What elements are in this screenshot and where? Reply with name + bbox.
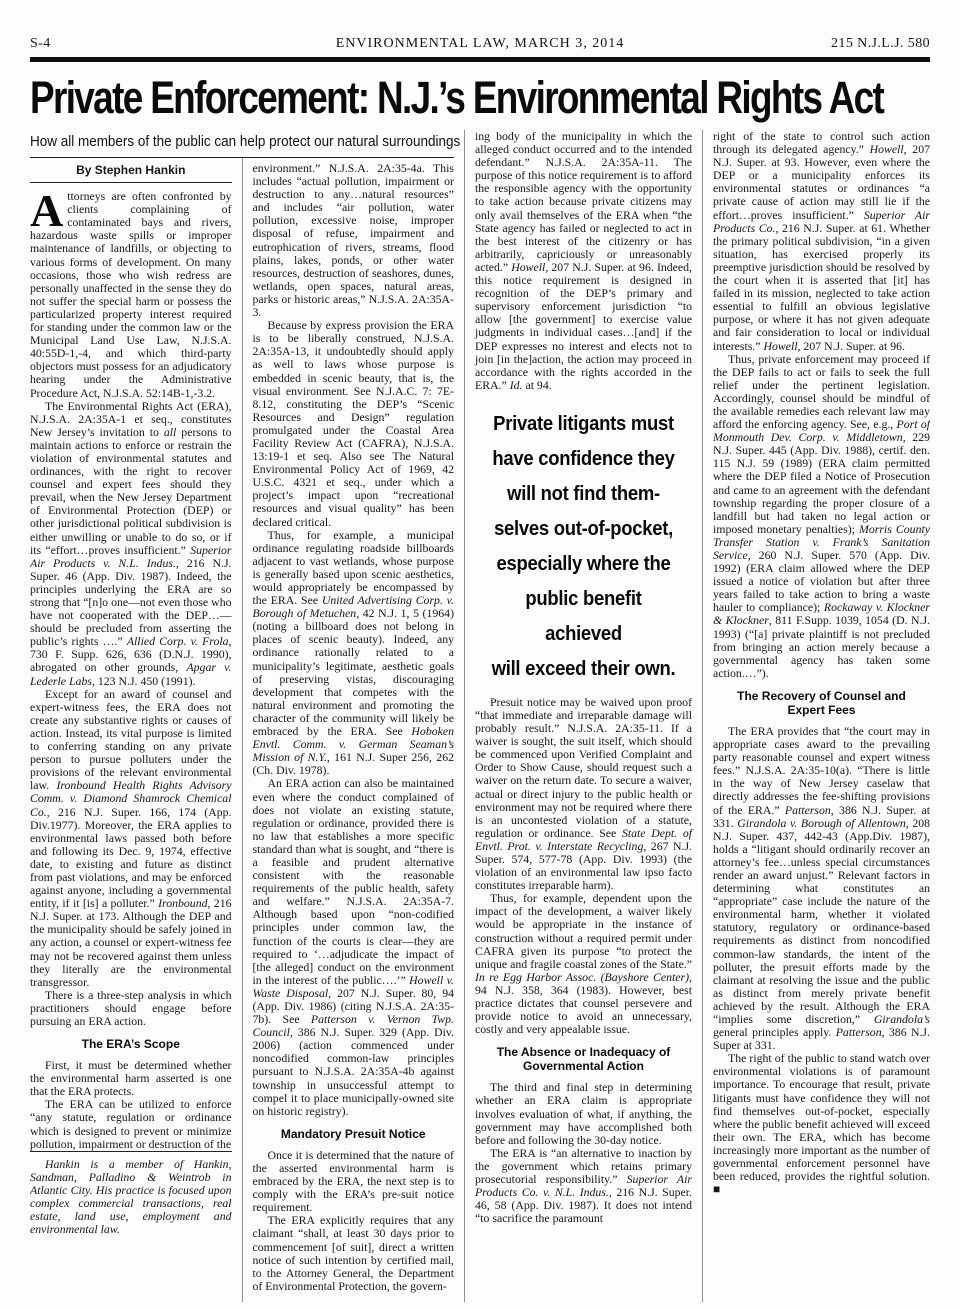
- drop-cap: A: [30, 190, 67, 229]
- masthead-title-date: ENVIRONMENTAL LAW, MARCH 3, 2014: [255, 36, 705, 52]
- pull-quote-line: Private litigants must: [486, 406, 681, 441]
- author-bio: Hankin is a member of Hankin, Sandman, P…: [30, 1151, 232, 1237]
- paragraph: First, it must be determined whether the…: [30, 1059, 232, 1098]
- masthead-page-number: S-4: [30, 36, 255, 52]
- paragraph: There is a three-step analysis in which …: [30, 989, 232, 1028]
- paragraph: Presuit notice may be waived upon proof …: [475, 696, 692, 892]
- pull-quote-line: will exceed their own.: [486, 651, 681, 686]
- pull-quote-line: have confidence they: [486, 441, 681, 476]
- paragraph: The third and final step in determining …: [475, 1081, 692, 1146]
- article-subhead: How all members of the public can help p…: [30, 130, 424, 150]
- column-1-blocks: Attorneys are often confronted by client…: [30, 190, 232, 1302]
- section-heading: The Recovery of Counsel and Expert Fees: [719, 689, 924, 717]
- paragraph: environment.” N.J.S.A. 2A:35-4a. This in…: [253, 162, 455, 319]
- paragraph: The ERA explicitly requires that any cla…: [253, 1214, 455, 1293]
- paragraph: Except for an award of counsel and exper…: [30, 688, 232, 989]
- masthead-citation: 215 N.J.L.J. 580: [705, 36, 930, 52]
- paragraph: The right of the public to stand watch o…: [713, 1052, 930, 1196]
- subhead-wrap: How all members of the public can help p…: [30, 130, 454, 158]
- newspaper-page: S-4 ENVIRONMENTAL LAW, MARCH 3, 2014 215…: [0, 0, 960, 1309]
- pull-quote-line: public benefit achieved: [486, 581, 681, 651]
- paragraph: Once it is determined that the nature of…: [253, 1149, 455, 1214]
- pull-quote: Private litigants musthave confidence th…: [486, 406, 681, 686]
- paragraph: The ERA can be utilized to enforce “any …: [30, 1098, 232, 1150]
- masthead-rule: [30, 57, 930, 62]
- article-body: How all members of the public can help p…: [30, 130, 930, 1302]
- section-heading: Mandatory Presuit Notice: [259, 1127, 449, 1141]
- paragraph: The ERA is “an alternative to inaction b…: [475, 1147, 692, 1226]
- paragraph: Because by express provision the ERA is …: [253, 319, 455, 529]
- paragraph: Attorneys are often confronted by client…: [30, 190, 232, 400]
- paragraph: The ERA provides that “the court may in …: [713, 725, 930, 1052]
- paragraph: An ERA action can also be maintained eve…: [253, 777, 455, 1117]
- paragraph: Thus, for example, dependent upon the im…: [475, 892, 692, 1036]
- column-1: By Stephen Hankin Attorneys are often co…: [30, 158, 242, 1302]
- paragraph: ing body of the municipality in which th…: [475, 130, 692, 392]
- pull-quote-line: especially where the: [486, 546, 681, 581]
- paragraph: The Environmental Rights Act (ERA), N.J.…: [30, 400, 232, 688]
- column-2: environment.” N.J.S.A. 2A:35-4a. This in…: [242, 158, 465, 1302]
- left-half: How all members of the public can help p…: [30, 130, 464, 1302]
- column-3: ing body of the municipality in which th…: [464, 130, 702, 1302]
- section-heading: The ERA’s Scope: [36, 1037, 226, 1051]
- pull-quote-line: will not find them-: [486, 476, 681, 511]
- paragraph: Thus, for example, a municipal ordinance…: [253, 529, 455, 778]
- left-columns: By Stephen Hankin Attorneys are often co…: [30, 158, 464, 1302]
- masthead: S-4 ENVIRONMENTAL LAW, MARCH 3, 2014 215…: [30, 36, 930, 52]
- byline: By Stephen Hankin: [30, 162, 232, 183]
- column-4: right of the state to control such actio…: [702, 130, 930, 1302]
- pull-quote-line: selves out-of-pocket,: [486, 511, 681, 546]
- article-headline: Private Enforcement: N.J.’s Environmenta…: [30, 72, 768, 124]
- paragraph: right of the state to control such actio…: [713, 130, 930, 353]
- section-heading: The Absence or Inadequacy of Governmenta…: [481, 1045, 686, 1073]
- paragraph: Thus, private enforcement may proceed if…: [713, 353, 930, 680]
